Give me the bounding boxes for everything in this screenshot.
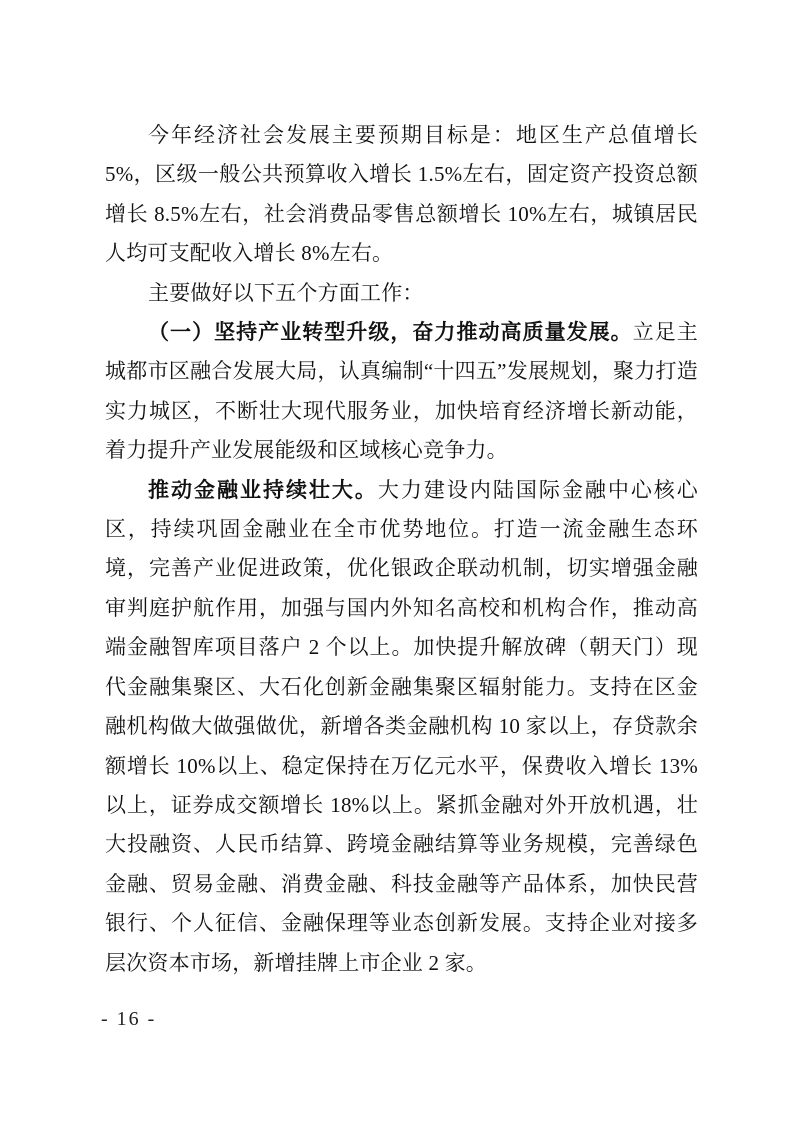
- paragraph-economic-goals: 今年经济社会发展主要预期目标是：地区生产总值增长 5%，区级一般公共预算收入增长…: [105, 116, 698, 274]
- paragraph-body-text: 主要做好以下五个方面工作：: [148, 281, 424, 305]
- paragraph-five-tasks-intro: 主要做好以下五个方面工作：: [105, 274, 698, 313]
- document-body: 今年经济社会发展主要预期目标是：地区生产总值增长 5%，区级一般公共预算收入增长…: [105, 116, 698, 983]
- page-number: - 16 -: [101, 1008, 156, 1031]
- paragraph-finance-industry-growth: 推动金融业持续壮大。大力建设内陆国际金融中心核心区，持续巩固金融业在全市优势地位…: [105, 471, 698, 983]
- document-page: 今年经济社会发展主要预期目标是：地区生产总值增长 5%，区级一般公共预算收入增长…: [0, 0, 793, 1122]
- section-heading-text: 推动金融业持续壮大。: [148, 478, 378, 502]
- section-heading-text: （一）坚持产业转型升级，奋力推动高质量发展。: [148, 320, 633, 344]
- paragraph-body-text: 大力建设内陆国际金融中心核心区，持续巩固金融业在全市优势地位。打造一流金融生态环…: [105, 478, 698, 975]
- paragraph-section-one-industry-upgrade: （一）坚持产业转型升级，奋力推动高质量发展。立足主城都市区融合发展大局，认真编制…: [105, 313, 698, 471]
- paragraph-body-text: 今年经济社会发展主要预期目标是：地区生产总值增长 5%，区级一般公共预算收入增长…: [105, 123, 698, 265]
